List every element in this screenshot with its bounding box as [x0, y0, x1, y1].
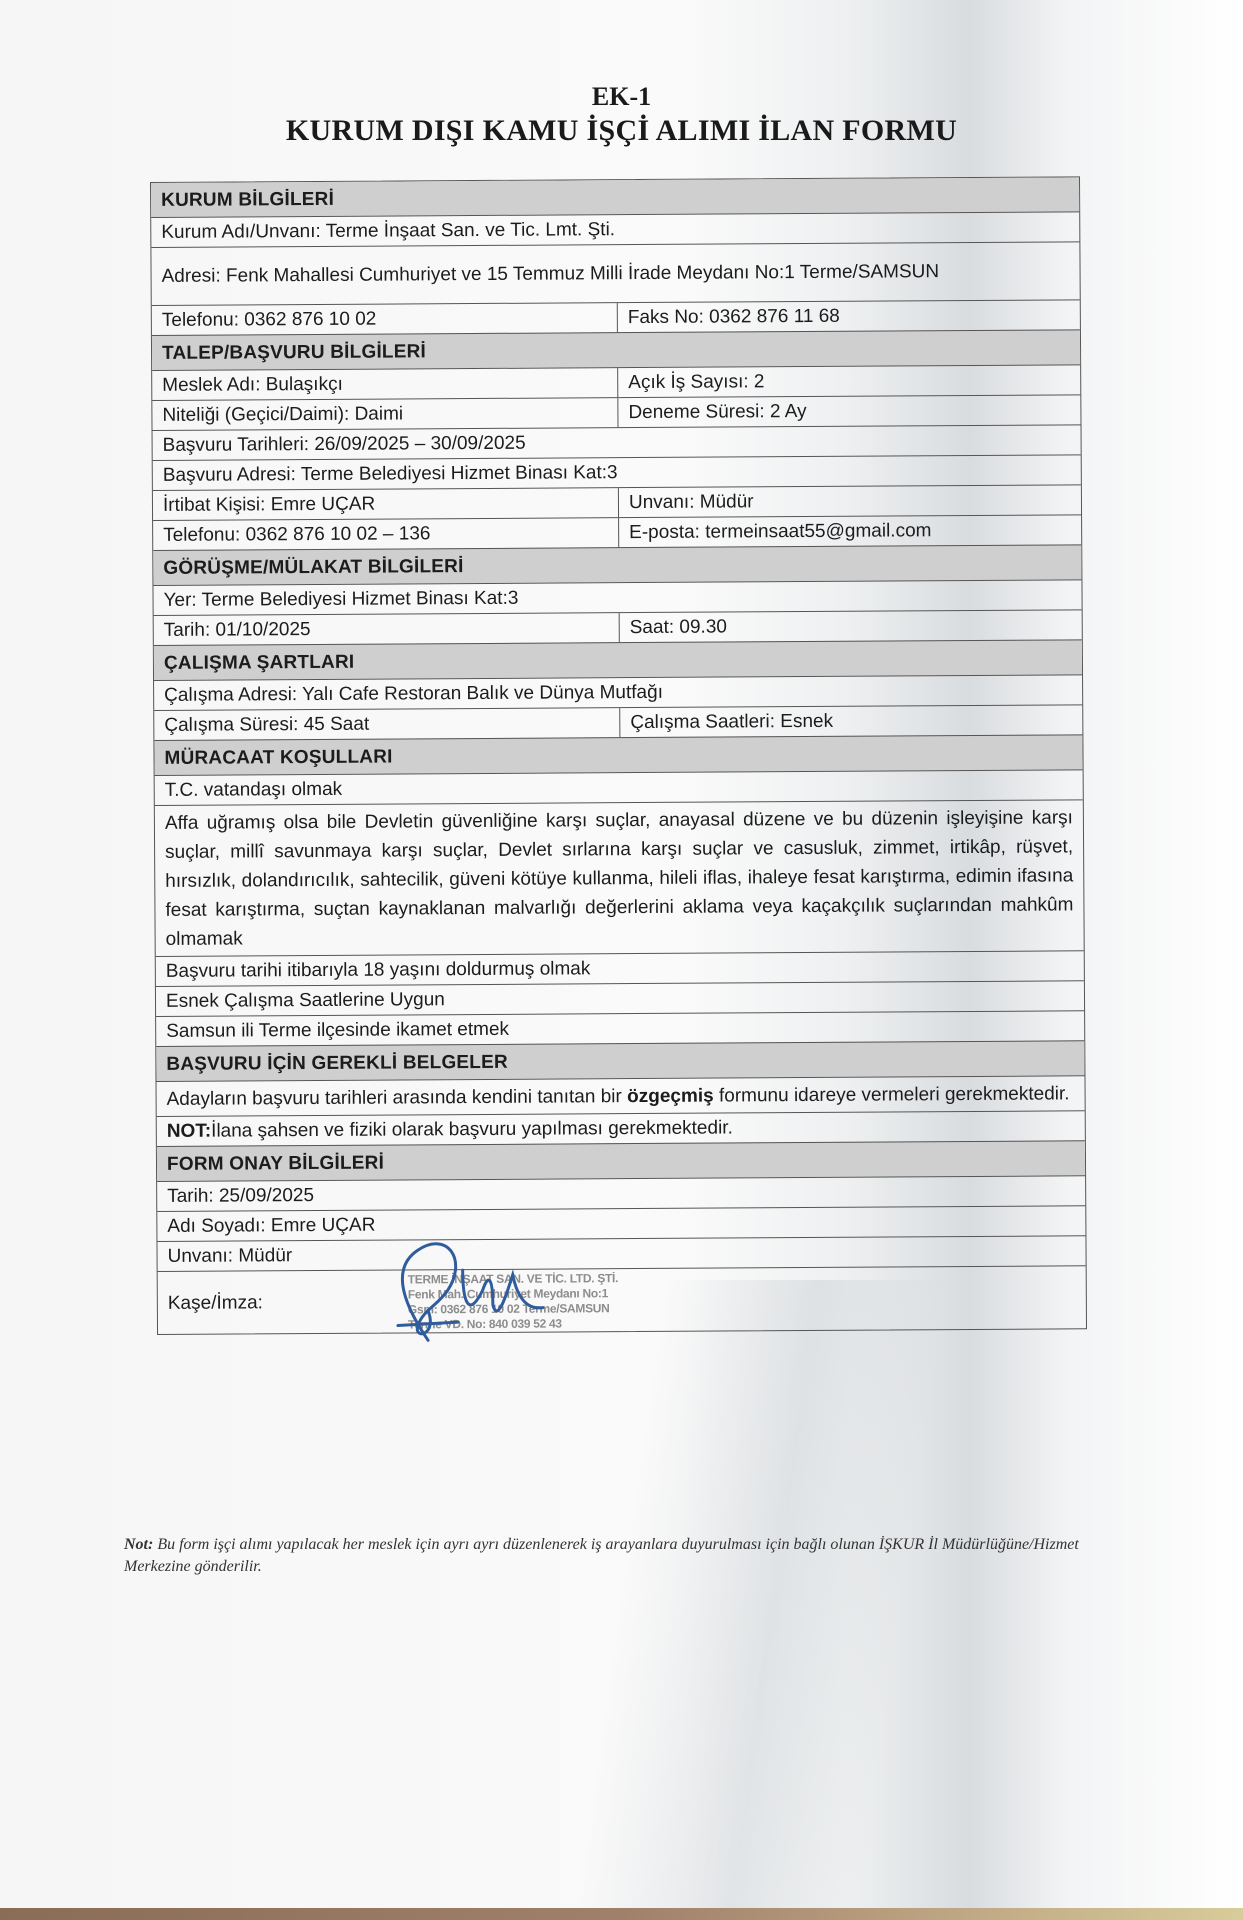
- cv-keyword: özgeçmiş: [627, 1086, 714, 1108]
- condition-item: Affa uğramış olsa bile Devletin güvenliğ…: [155, 800, 1084, 956]
- signature-icon: [367, 1229, 568, 1350]
- table-surface: [0, 1908, 1243, 1920]
- interview-time: Saat: 09.30: [620, 610, 1082, 642]
- application-note: NOT: İlana şahsen ve fiziki olarak başvu…: [157, 1111, 1085, 1146]
- section-header-onay: FORM ONAY BİLGİLERİ: [157, 1140, 1085, 1181]
- section-header-talep: TALEP/BAŞVURU BİLGİLERİ: [152, 329, 1080, 370]
- field-row: Çalışma Adresi: Yalı Cafe Restoran Balık…: [154, 674, 1082, 710]
- institution-phone: Telefonu: 0362 876 10 02: [152, 303, 618, 335]
- footnote: Not: Bu form işçi alımı yapılacak her me…: [124, 1534, 1084, 1578]
- application-address: Başvuru Adresi: Terme Belediyesi Hizmet …: [153, 455, 1081, 490]
- note-row: NOT: İlana şahsen ve fiziki olarak başvu…: [157, 1110, 1085, 1146]
- contact-email: E-posta: termeinsaat55@gmail.com: [619, 515, 1081, 547]
- contact-phone: Telefonu: 0362 876 10 02 – 136: [153, 518, 619, 550]
- field-row: Telefonu: 0362 876 10 02 Faks No: 0362 8…: [152, 299, 1080, 335]
- interview-date: Tarih: 01/10/2025: [154, 613, 620, 645]
- section-header-muracaat: MÜRACAAT KOŞULLARI: [154, 734, 1082, 775]
- field-row: Çalışma Süresi: 45 Saat Çalışma Saatleri…: [154, 704, 1082, 740]
- contact-title: Unvanı: Müdür: [619, 485, 1081, 517]
- field-row: Yer: Terme Belediyesi Hizmet Binası Kat:…: [153, 579, 1081, 615]
- announcement-form-table: KURUM BİLGİLERİ Kurum Adı/Unvanı: Terme …: [150, 176, 1087, 1335]
- application-dates: Başvuru Tarihleri: 26/09/2025 – 30/09/20…: [153, 425, 1081, 460]
- annex-label: EK-1: [0, 82, 1243, 112]
- required-documents-row: Adayların başvuru tarihleri arasında ken…: [156, 1075, 1084, 1116]
- note-label: NOT:: [167, 1120, 211, 1144]
- field-row: Telefonu: 0362 876 10 02 – 136 E-posta: …: [153, 514, 1081, 550]
- condition-row: Esnek Çalışma Saatlerine Uygun: [156, 980, 1084, 1016]
- work-hours: Çalışma Saatleri: Esnek: [620, 705, 1082, 737]
- field-row: Kurum Adı/Unvanı: Terme İnşaat San. ve T…: [151, 211, 1079, 247]
- field-row: Tarih: 01/10/2025 Saat: 09.30: [154, 609, 1082, 645]
- contact-person: İrtibat Kişisi: Emre UÇAR: [153, 488, 619, 520]
- institution-name: Kurum Adı/Unvanı: Terme İnşaat San. ve T…: [151, 212, 1079, 247]
- section-header-calisma: ÇALIŞMA ŞARTLARI: [154, 639, 1082, 680]
- field-row: İrtibat Kişisi: Emre UÇAR Unvanı: Müdür: [153, 484, 1081, 520]
- condition-item: T.C. vatandaşı olmak: [155, 770, 1083, 805]
- condition-row: Başvuru tarihi itibarıyla 18 yaşını dold…: [156, 950, 1084, 986]
- field-row: Adresi: Fenk Mahallesi Cumhuriyet ve 15 …: [151, 241, 1079, 305]
- institution-fax: Faks No: 0362 876 11 68: [618, 300, 1080, 332]
- field-row: Başvuru Tarihleri: 26/09/2025 – 30/09/20…: [153, 424, 1081, 460]
- condition-item: Samsun ili Terme ilçesinde ikamet etmek: [156, 1011, 1084, 1046]
- section-header-gorusme: GÖRÜŞME/MÜLAKAT BİLGİLERİ: [153, 544, 1081, 585]
- occupation: Meslek Adı: Bulaşıkçı: [152, 368, 618, 400]
- condition-item: Esnek Çalışma Saatlerine Uygun: [156, 981, 1084, 1016]
- trial-period: Deneme Süresi: 2 Ay: [618, 395, 1080, 427]
- required-documents-text: Adayların başvuru tarihleri arasında ken…: [156, 1076, 1084, 1116]
- condition-row: Samsun ili Terme ilçesinde ikamet etmek: [156, 1010, 1084, 1046]
- approver-name: Adı Soyadı: Emre UÇAR: [157, 1206, 1085, 1241]
- field-row: Adı Soyadı: Emre UÇAR: [157, 1205, 1085, 1241]
- interview-place: Yer: Terme Belediyesi Hizmet Binası Kat:…: [153, 580, 1081, 615]
- institution-address: Adresi: Fenk Mahallesi Cumhuriyet ve 15 …: [151, 242, 1079, 305]
- condition-row: T.C. vatandaşı olmak: [155, 769, 1083, 805]
- condition-row: Affa uğramış olsa bile Devletin güvenliğ…: [155, 799, 1084, 956]
- section-header-belgeler: BAŞVURU İÇİN GEREKLİ BELGELER: [156, 1040, 1084, 1081]
- open-positions: Açık İş Sayısı: 2: [618, 365, 1080, 397]
- field-row: Tarih: 25/09/2025: [157, 1175, 1085, 1211]
- section-header-kurum: KURUM BİLGİLERİ: [151, 177, 1079, 217]
- approval-date: Tarih: 25/09/2025: [157, 1176, 1085, 1211]
- condition-item: Başvuru tarihi itibarıyla 18 yaşını dold…: [156, 951, 1084, 986]
- footnote-label: Not:: [124, 1536, 153, 1553]
- field-row: Başvuru Adresi: Terme Belediyesi Hizmet …: [153, 454, 1081, 490]
- employment-nature: Niteliği (Geçici/Daimi): Daimi: [152, 398, 618, 430]
- form-title: KURUM DIŞI KAMU İŞÇİ ALIMI İLAN FORMU: [0, 114, 1243, 148]
- field-row: Niteliği (Geçici/Daimi): Daimi Deneme Sü…: [152, 394, 1080, 430]
- field-row: Meslek Adı: Bulaşıkçı Açık İş Sayısı: 2: [152, 364, 1080, 400]
- work-address: Çalışma Adresi: Yalı Cafe Restoran Balık…: [154, 675, 1082, 710]
- work-duration: Çalışma Süresi: 45 Saat: [154, 708, 620, 740]
- stamp-signature-row: Kaşe/İmza: TERME İNŞAAT SAN. VE TİC. LTD…: [158, 1265, 1086, 1334]
